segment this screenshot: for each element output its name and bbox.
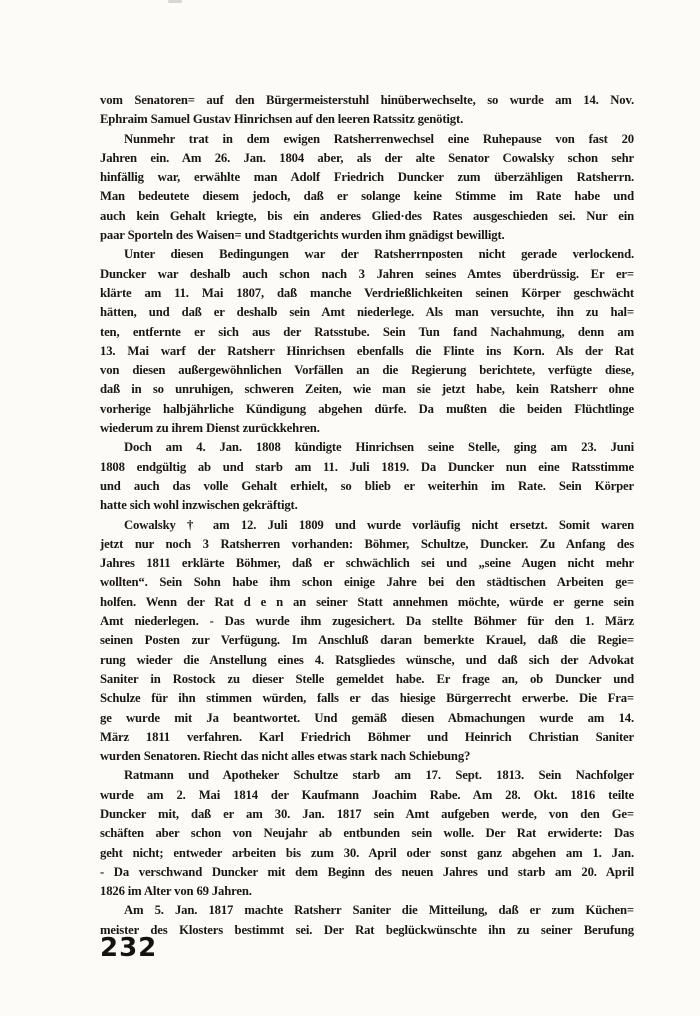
- book-page: vom Senatoren= auf den Bürgermeisterstuh…: [0, 0, 700, 1016]
- text-line: 13. Mai warf der Ratsherr Hinrichsen ebe…: [100, 342, 634, 361]
- text-line: Cowalsky † am 12. Juli 1809 und wurde vo…: [100, 516, 634, 535]
- text-line: Ephraim Samuel Gustav Hinrichsen auf den…: [100, 110, 634, 129]
- text-line: paar Sporteln des Waisen= und Stadtgeric…: [100, 226, 634, 245]
- text-line: Jahres 1811 erklärte Böhmer, daß er schw…: [100, 554, 634, 573]
- text-line: und auch das volle Gehalt erhielt, so bl…: [100, 477, 634, 496]
- text-line: geht nicht; entweder arbeiten bis zum 30…: [100, 844, 634, 863]
- text-line: ten, entfernte er sich aus der Ratsstube…: [100, 323, 634, 342]
- text-line: vorherige halbjährliche Kündigung abgehe…: [100, 400, 634, 419]
- body-text: vom Senatoren= auf den Bürgermeisterstuh…: [100, 91, 634, 940]
- text-line: meister des Klosters bestimmt sei. Der R…: [100, 921, 634, 940]
- text-line: wurde am 2. Mai 1814 der Kaufmann Joachi…: [100, 786, 634, 805]
- text-line: wiederum zu ihrem Dienst zurückkehren.: [100, 419, 634, 438]
- page-number: 232: [100, 933, 157, 963]
- text-line: holfen. Wenn der Rat d e n an seiner Sta…: [100, 593, 634, 612]
- text-line: von diesen außergewöhnlichen Vorfällen a…: [100, 361, 634, 380]
- text-line: Ratmann und Apotheker Schultze starb am …: [100, 766, 634, 785]
- text-line: Man bedeutete diesem jedoch, daß er sola…: [100, 187, 634, 206]
- text-line: 1808 endgültig ab und starb am 11. Juli …: [100, 458, 634, 477]
- text-line: klärte am 11. Mai 1807, daß manche Verdr…: [100, 284, 634, 303]
- text-line: rung wieder die Anstellung eines 4. Rats…: [100, 651, 634, 670]
- text-line: schäften aber schon von Neujahr ab entbu…: [100, 824, 634, 843]
- text-line: Am 5. Jan. 1817 machte Ratsherr Saniter …: [100, 901, 634, 920]
- text-line: Nunmehr trat in dem ewigen Ratsherrenwec…: [100, 130, 634, 149]
- text-line: ge wurde mit Ja beantwortet. Und gemäß d…: [100, 709, 634, 728]
- text-line: hatte sich wohl inzwischen gekräftigt.: [100, 496, 634, 515]
- text-line: Unter diesen Bedingungen war der Ratsher…: [100, 245, 634, 264]
- text-line: März 1811 verfahren. Karl Friedrich Böhm…: [100, 728, 634, 747]
- text-line: hinfällig war, erwählte man Adolf Friedr…: [100, 168, 634, 187]
- text-line: hätten, und daß er deshalb sein Amt nied…: [100, 303, 634, 322]
- text-line: wollten“. Sein Sohn habe ihm schon einig…: [100, 573, 634, 592]
- text-line: Amt niederlegen. - Das wurde ihm zugesic…: [100, 612, 634, 631]
- text-line: seinen Posten zur Verfügung. Im Anschluß…: [100, 631, 634, 650]
- scan-smudge: [168, 0, 182, 3]
- text-line: 1826 im Alter von 69 Jahren.: [100, 882, 634, 901]
- text-line: Duncker mit, daß er am 30. Jan. 1817 sei…: [100, 805, 634, 824]
- text-line: - Da verschwand Duncker mit dem Beginn d…: [100, 863, 634, 882]
- text-line: Saniter in Rostock zu dieser Stelle geme…: [100, 670, 634, 689]
- text-line: vom Senatoren= auf den Bürgermeisterstuh…: [100, 91, 634, 110]
- text-line: Jahren ein. Am 26. Jan. 1804 aber, als d…: [100, 149, 634, 168]
- text-line: jetzt nur noch 3 Ratsherren vorhanden: B…: [100, 535, 634, 554]
- text-line: auch kein Gehalt kriegte, bis ein andere…: [100, 207, 634, 226]
- text-line: daß in so unruhigen, schweren Zeiten, wi…: [100, 380, 634, 399]
- text-line: Duncker war deshalb auch schon nach 3 Ja…: [100, 265, 634, 284]
- text-line: Schulze für ihn stimmen würden, falls er…: [100, 689, 634, 708]
- text-line: wurden Senatoren. Riecht das nicht alles…: [100, 747, 634, 766]
- text-line: Doch am 4. Jan. 1808 kündigte Hinrichsen…: [100, 438, 634, 457]
